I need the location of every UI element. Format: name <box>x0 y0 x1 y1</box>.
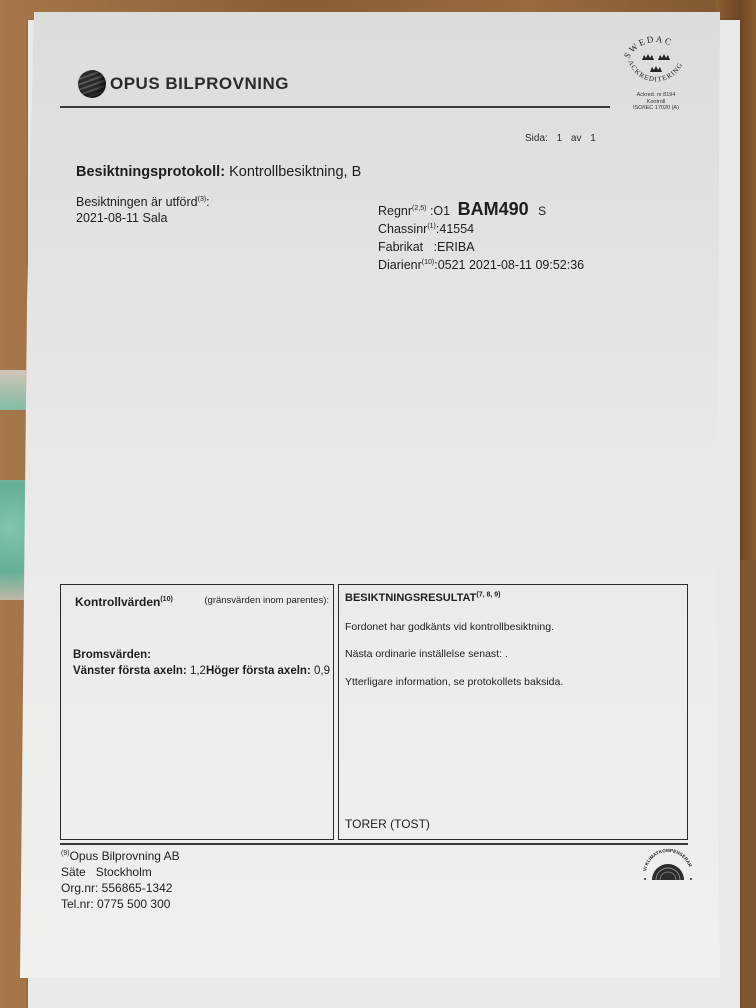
control-values-heading: Kontrollvärden(10) <box>75 595 173 609</box>
climate-compensation-badge-icon: VI KLIMATKOMPENSERAR <box>640 848 696 884</box>
paint-smudge <box>0 370 26 410</box>
diary-row: Diarienr(10):0521 2021-08-11 09:52:36 <box>378 256 584 274</box>
make-row: Fabrikat :ERIBA <box>378 238 584 256</box>
registration-number: BAM490 <box>458 199 529 219</box>
chassis-row: Chassinr(1):41554 <box>378 220 584 238</box>
opus-logo: OPUS BILPROVNING <box>78 70 289 98</box>
accreditation-caption: Ackred. nr 8194 Kontroll ISO/IEC 17020 (… <box>620 92 692 112</box>
limits-note: (gränsvärden inom parentes): <box>204 595 329 606</box>
company-info: (9)Opus Bilprovning AB Säte Stockholm Or… <box>61 848 180 912</box>
result-approved: Fordonet har godkänts vid kontrollbesikt… <box>345 621 554 633</box>
footer-divider <box>60 843 688 845</box>
regnr-row: Regnr(2,5) :O1 BAM490 S <box>378 200 584 220</box>
paint-smudge <box>0 480 26 600</box>
brake-values-title: Bromsvärden: <box>73 649 151 661</box>
page-number: Sida: 1 av 1 <box>525 133 596 144</box>
document-title: Besiktningsprotokoll: Kontrollbesiktning… <box>76 164 361 180</box>
inspection-result-box: BESIKTNINGSRESULTAT(7, 8, 9) Fordonet ha… <box>338 584 688 840</box>
result-more-info: Ytterligare information, se protokollets… <box>345 676 563 688</box>
inspection-date-place: 2021-08-11 Sala <box>76 210 210 226</box>
header-divider <box>60 106 610 108</box>
left-axle-value: 1,2 <box>190 665 206 677</box>
result-next-inspection: Nästa ordinarie inställelse senast: . <box>345 648 508 660</box>
inspector-name: TORER (TOST) <box>345 817 430 831</box>
vehicle-info: Regnr(2,5) :O1 BAM490 S Chassinr(1):4155… <box>378 200 584 274</box>
inspection-performed: Besiktningen är utförd(3): 2021-08-11 Sa… <box>76 194 210 226</box>
brake-values: Vänster första axeln: 1,2Höger första ax… <box>73 665 330 677</box>
result-heading: BESIKTNINGSRESULTAT(7, 8, 9) <box>345 592 501 604</box>
right-axle-value: 0,9 <box>314 665 330 677</box>
control-values-box: Kontrollvärden(10) (gränsvärden inom par… <box>60 584 334 840</box>
logo-text: OPUS BILPROVNING <box>110 74 289 94</box>
globe-logo-icon <box>78 70 106 98</box>
